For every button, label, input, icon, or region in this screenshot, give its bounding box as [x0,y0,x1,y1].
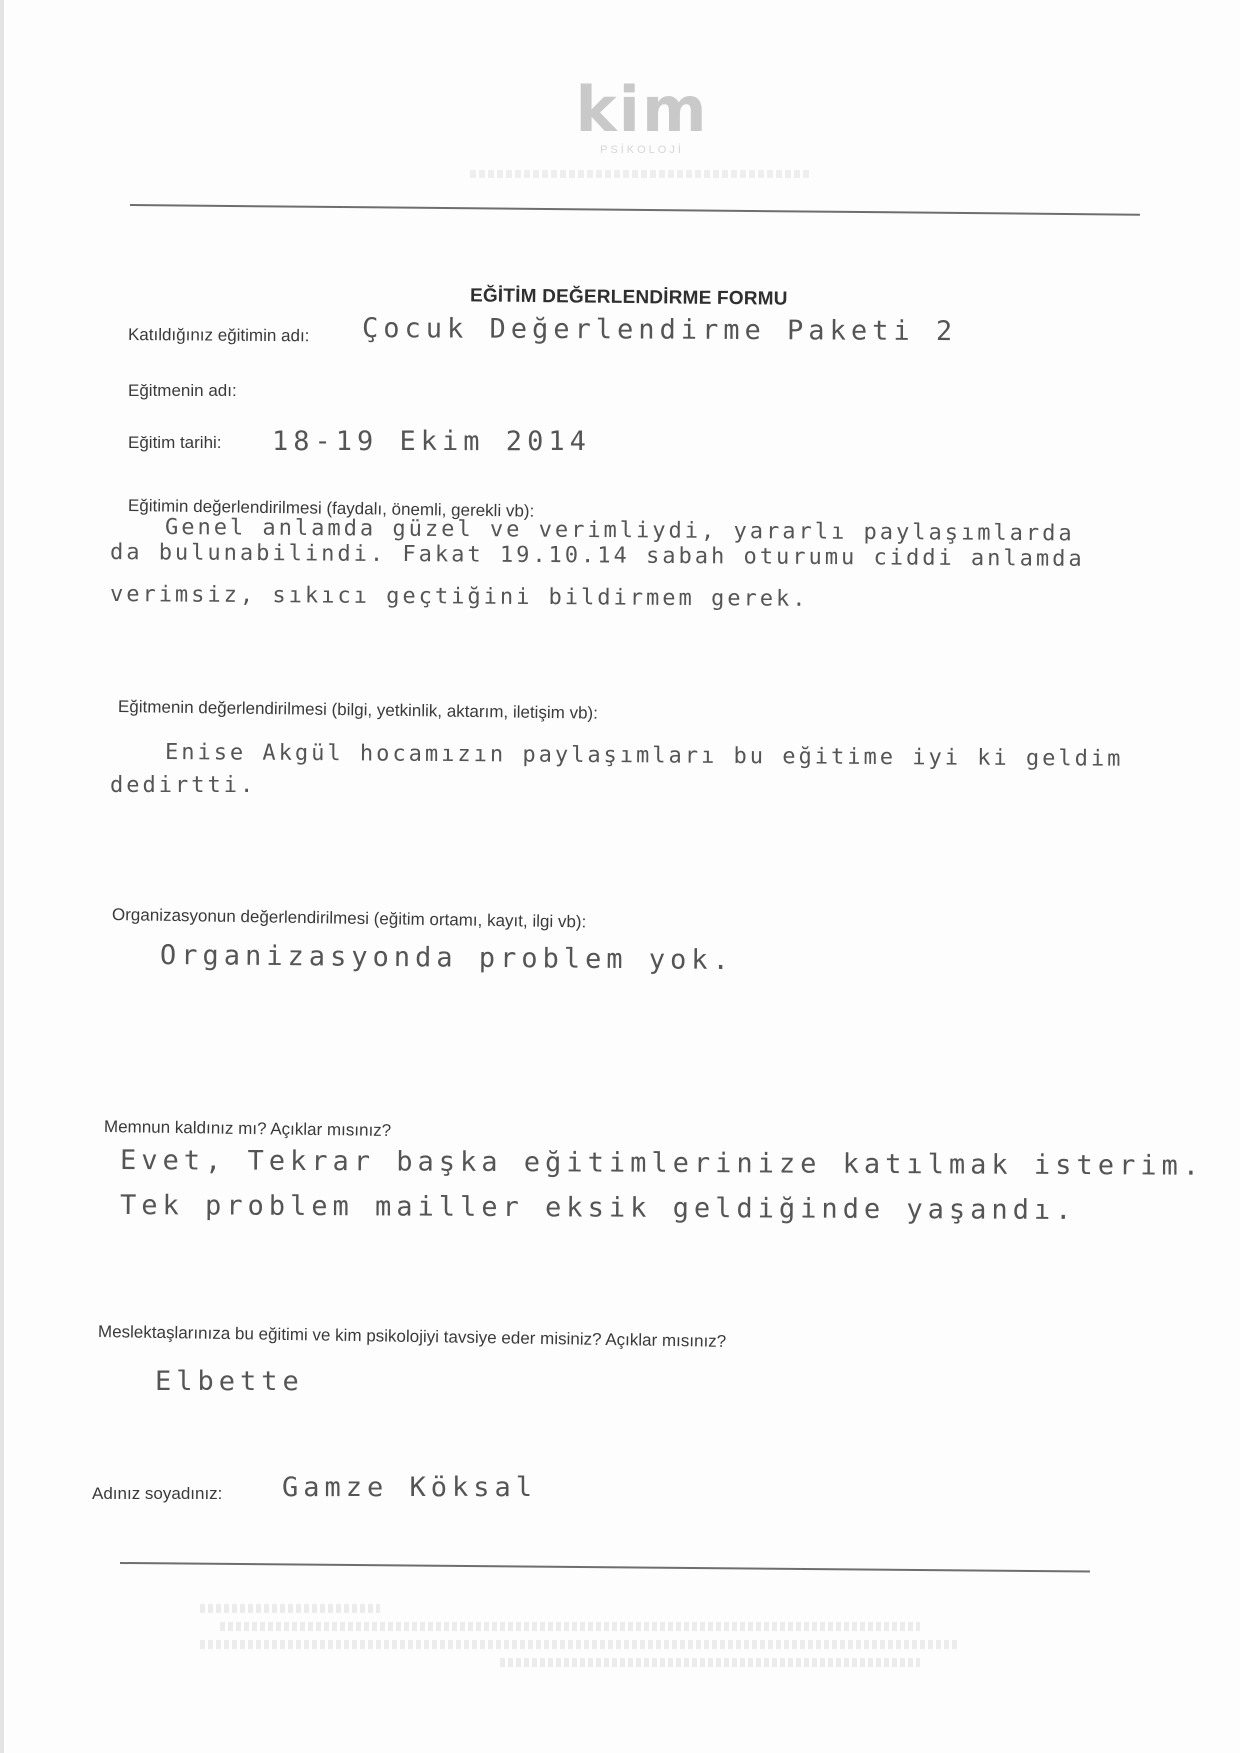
full-name-value[interactable]: Gamze Köksal [282,1472,537,1503]
trainer-eval-line[interactable]: dedirtti. [110,773,256,798]
satisfaction-label: Memnun kaldınız mı? Açıklar mısınız? [104,1117,391,1141]
full-name-label: Adınız soyadınız: [92,1484,222,1504]
training-name-label: Katıldığınız eğitimin adı: [128,325,310,346]
footer-address-block [200,1595,980,1676]
footer-divider [120,1562,1090,1572]
satisfaction-line[interactable]: Tek problem mailler eksik geldiğinde yaş… [120,1190,1077,1226]
training-date-label: Eğitim tarihi: [128,433,222,453]
training-name-value[interactable]: Çocuk Değerlendirme Paketi 2 [362,313,957,347]
organization-eval-label: Organizasyonun değerlendirilmesi (eğitim… [112,905,587,932]
form-title: EĞİTİM DEĞERLENDİRME FORMU [470,285,788,310]
company-logo: kim PSİKOLOJİ [572,80,712,156]
scan-edge [0,0,4,1753]
training-eval-line[interactable]: verimsiz, sıkıcı geçtiğini bildirmem ger… [110,582,809,612]
question-mark-logo-icon: kim [572,80,712,140]
training-date-value[interactable]: 18-19 Ekim 2014 [272,426,591,457]
recommendation-label: Meslektaşlarınıza bu eğitimi ve kim psik… [98,1322,727,1352]
recommendation-line[interactable]: Elbette [155,1366,304,1397]
logo-tagline [470,170,810,178]
trainer-eval-label: Eğitmenin değerlendirilmesi (bilgi, yetk… [118,697,598,724]
organization-eval-line[interactable]: Organizasyonda problem yok. [160,940,734,976]
trainer-name-label: Eğitmenin adı: [128,381,237,401]
trainer-eval-line[interactable]: Enise Akgül hocamızın paylaşımları bu eğ… [165,740,1124,772]
header-divider [130,204,1140,216]
satisfaction-line[interactable]: Evet, Tekrar başka eğitimlerinize katılm… [120,1145,1204,1182]
